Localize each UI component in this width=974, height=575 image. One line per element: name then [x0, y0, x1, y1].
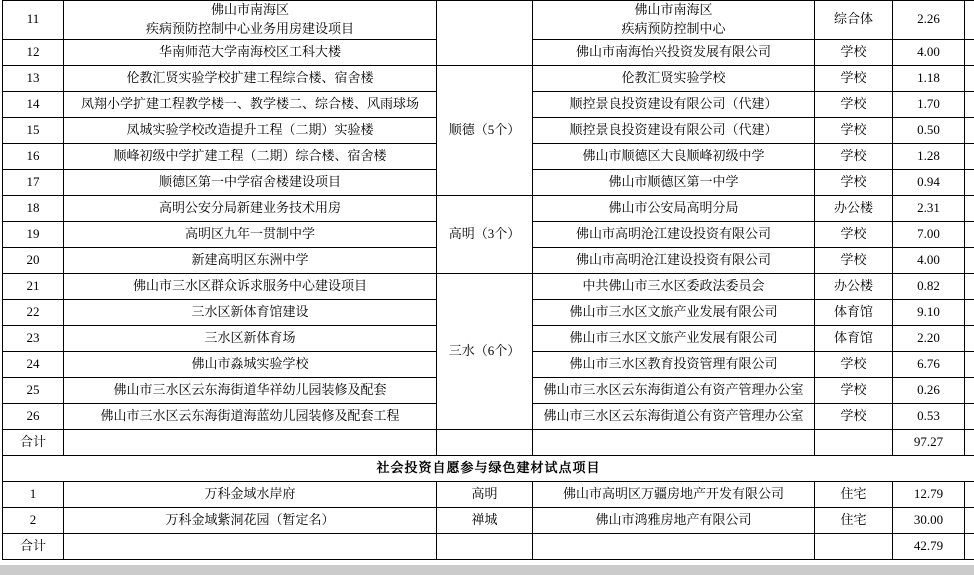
project-name-cell: 高明公安分局新建业务技术用房: [64, 195, 437, 221]
type-cell: 学校: [815, 117, 893, 143]
cutoff-strip-cell: [965, 533, 974, 559]
value-cell: 0.26: [893, 377, 965, 403]
cutoff-strip-cell: [965, 507, 974, 533]
district-cell-gaoming: 高明（3个）: [437, 195, 533, 273]
project-name-cell: 凤翔小学扩建工程教学楼一、教学楼二、综合楼、风雨球场: [64, 91, 437, 117]
section2-title-row: 社会投资自愿参与绿色建材试点项目: [3, 455, 974, 481]
row-number-cell: 13: [3, 65, 64, 91]
project-name-cell: 三水区新体育馆建设: [64, 299, 437, 325]
section-title: 社会投资自愿参与绿色建材试点项目: [3, 455, 974, 481]
company-cell: 佛山市三水区云东海街道公有资产管理办公室: [533, 403, 815, 429]
company-cell: 佛山市三水区文旅产业发展有限公司: [533, 299, 815, 325]
project-name-cell: 伦教汇贤实验学校扩建工程综合楼、宿舍楼: [64, 65, 437, 91]
row-number-cell: 14: [3, 91, 64, 117]
row-number-cell: 16: [3, 143, 64, 169]
project-name-cell: 佛山市南海区 疾病预防控制中心业务用房建设项目: [64, 1, 437, 40]
company-cell: 伦教汇贤实验学校: [533, 65, 815, 91]
cutoff-strip-cell: [965, 351, 974, 377]
value-cell: 2.20: [893, 325, 965, 351]
value-cell: 4.00: [893, 39, 965, 65]
project-name-cell: 佛山市三水区云东海街道华祥幼儿园装修及配套: [64, 377, 437, 403]
section2-total-row: 合计 42.79: [3, 533, 974, 559]
row-number-cell: 18: [3, 195, 64, 221]
value-cell: 6.76: [893, 351, 965, 377]
value-cell: 0.94: [893, 169, 965, 195]
row-number-cell: 19: [3, 221, 64, 247]
district-cell: 高明: [437, 481, 533, 507]
bottom-grey-strip: [0, 565, 974, 575]
empty-cell: [815, 429, 893, 455]
cutoff-strip-cell: [965, 143, 974, 169]
type-cell: 学校: [815, 247, 893, 273]
type-cell: 住宅: [815, 507, 893, 533]
cutoff-strip-cell: [965, 169, 974, 195]
project-name-cell: 华南师范大学南海校区工科大楼: [64, 39, 437, 65]
type-cell: 学校: [815, 143, 893, 169]
company-cell: 佛山市南海区 疾病预防控制中心: [533, 1, 815, 40]
company-cell: 佛山市高明区万疆房地产开发有限公司: [533, 481, 815, 507]
cutoff-strip-cell: [965, 377, 974, 403]
cutoff-strip-cell: [965, 325, 974, 351]
type-cell: 学校: [815, 351, 893, 377]
cutoff-strip-cell: [965, 273, 974, 299]
district-cell: 禅城: [437, 507, 533, 533]
cutoff-strip-cell: [965, 91, 974, 117]
project-name-cell: 佛山市三水区云东海街道海蓝幼儿园装修及配套工程: [64, 403, 437, 429]
value-cell: 0.50: [893, 117, 965, 143]
company-cell: 佛山市高明沧江建设投资有限公司: [533, 247, 815, 273]
value-cell: 1.18: [893, 65, 965, 91]
value-cell: 0.82: [893, 273, 965, 299]
company-cell: 中共佛山市三水区委政法委员会: [533, 273, 815, 299]
type-cell: 学校: [815, 91, 893, 117]
cutoff-strip-cell: [965, 481, 974, 507]
cutoff-strip-cell: [965, 39, 974, 65]
cutoff-strip-cell: [965, 65, 974, 91]
row-number-cell: 25: [3, 377, 64, 403]
company-cell: 顺控景良投资建设有限公司（代建）: [533, 91, 815, 117]
row-number-cell: 23: [3, 325, 64, 351]
type-cell: 体育馆: [815, 299, 893, 325]
company-cell: 佛山市南海怡兴投资发展有限公司: [533, 39, 815, 65]
empty-cell: [437, 429, 533, 455]
type-cell: 办公楼: [815, 195, 893, 221]
project-name-cell: 佛山市淼城实验学校: [64, 351, 437, 377]
row-number-cell: 12: [3, 39, 64, 65]
project-name-line1: 佛山市南海区: [66, 1, 434, 20]
empty-cell: [437, 533, 533, 559]
district-cell-sanshui: 三水（6个）: [437, 273, 533, 429]
projects-table: 11 佛山市南海区 疾病预防控制中心业务用房建设项目 佛山市南海区 疾病预防控制…: [2, 0, 974, 560]
project-name-cell: 高明区九年一贯制中学: [64, 221, 437, 247]
row-number-cell: 26: [3, 403, 64, 429]
table-row: 1 万科金域水岸府 高明 佛山市高明区万疆房地产开发有限公司 住宅 12.79: [3, 481, 974, 507]
cutoff-strip-cell: [965, 403, 974, 429]
empty-cell: [64, 429, 437, 455]
table-row: 13 伦教汇贤实验学校扩建工程综合楼、宿舍楼 顺德（5个） 伦教汇贤实验学校 学…: [3, 65, 974, 91]
value-cell: 30.00: [893, 507, 965, 533]
empty-cell: [533, 429, 815, 455]
row-number-cell: 20: [3, 247, 64, 273]
company-line2: 疾病预防控制中心: [535, 20, 812, 39]
table-row: 21 佛山市三水区群众诉求服务中心建设项目 三水（6个） 中共佛山市三水区委政法…: [3, 273, 974, 299]
company-cell: 佛山市高明沧江建设投资有限公司: [533, 221, 815, 247]
table-row: 11 佛山市南海区 疾病预防控制中心业务用房建设项目 佛山市南海区 疾病预防控制…: [3, 1, 974, 40]
type-cell: 学校: [815, 65, 893, 91]
total-value-cell: 97.27: [893, 429, 965, 455]
cutoff-strip-cell: [965, 221, 974, 247]
row-number-cell: 11: [3, 1, 64, 40]
project-name-cell: 新建高明区东洲中学: [64, 247, 437, 273]
type-cell: 学校: [815, 377, 893, 403]
type-cell: 学校: [815, 403, 893, 429]
type-cell: 住宅: [815, 481, 893, 507]
value-cell: 12.79: [893, 481, 965, 507]
project-name-cell: 顺峰初级中学扩建工程（二期）综合楼、宿舍楼: [64, 143, 437, 169]
type-cell: 学校: [815, 221, 893, 247]
district-cell-shunde: 顺德（5个）: [437, 65, 533, 195]
project-name-cell: 万科金域水岸府: [64, 481, 437, 507]
row-number-cell: 22: [3, 299, 64, 325]
table-row: 18 高明公安分局新建业务技术用房 高明（3个） 佛山市公安局高明分局 办公楼 …: [3, 195, 974, 221]
type-cell: 学校: [815, 169, 893, 195]
value-cell: 2.31: [893, 195, 965, 221]
type-cell: 综合体: [815, 1, 893, 40]
company-cell: 佛山市鸿雅房地产有限公司: [533, 507, 815, 533]
value-cell: 7.00: [893, 221, 965, 247]
cutoff-strip-cell: [965, 195, 974, 221]
project-name-line2: 疾病预防控制中心业务用房建设项目: [66, 20, 434, 39]
company-line1: 佛山市南海区: [535, 1, 812, 20]
value-cell: 4.00: [893, 247, 965, 273]
row-number-cell: 1: [3, 481, 64, 507]
cutoff-strip-cell: [965, 429, 974, 455]
value-cell: 9.10: [893, 299, 965, 325]
value-cell: 1.28: [893, 143, 965, 169]
empty-cell: [533, 533, 815, 559]
cutoff-strip-cell: [965, 299, 974, 325]
company-cell: 佛山市三水区云东海街道公有资产管理办公室: [533, 377, 815, 403]
total-label-cell: 合计: [3, 429, 64, 455]
row-number-cell: 21: [3, 273, 64, 299]
project-name-cell: 佛山市三水区群众诉求服务中心建设项目: [64, 273, 437, 299]
row-number-cell: 24: [3, 351, 64, 377]
project-name-cell: 顺德区第一中学宿舍楼建设项目: [64, 169, 437, 195]
empty-cell: [64, 533, 437, 559]
company-cell: 顺控景良投资建设有限公司（代建）: [533, 117, 815, 143]
table-row: 2 万科金域紫洞花园（暂定名） 禅城 佛山市鸿雅房地产有限公司 住宅 30.00: [3, 507, 974, 533]
value-cell: 2.26: [893, 1, 965, 40]
project-name-cell: 凤城实验学校改造提升工程（二期）实验楼: [64, 117, 437, 143]
section1-total-row: 合计 97.27: [3, 429, 974, 455]
company-cell: 佛山市顺德区大良顺峰初级中学: [533, 143, 815, 169]
value-cell: 1.70: [893, 91, 965, 117]
row-number-cell: 15: [3, 117, 64, 143]
cutoff-strip-cell: [965, 1, 974, 40]
total-label-cell: 合计: [3, 533, 64, 559]
type-cell: 办公楼: [815, 273, 893, 299]
green-building-projects-table-page: 11 佛山市南海区 疾病预防控制中心业务用房建设项目 佛山市南海区 疾病预防控制…: [0, 0, 974, 575]
value-cell: 0.53: [893, 403, 965, 429]
project-name-cell: 三水区新体育场: [64, 325, 437, 351]
type-cell: 学校: [815, 39, 893, 65]
empty-cell: [815, 533, 893, 559]
district-cell-nanhai: [437, 1, 533, 66]
total-value-cell: 42.79: [893, 533, 965, 559]
project-name-cell: 万科金域紫洞花园（暂定名）: [64, 507, 437, 533]
company-cell: 佛山市顺德区第一中学: [533, 169, 815, 195]
cutoff-strip-cell: [965, 247, 974, 273]
company-cell: 佛山市三水区教育投资管理有限公司: [533, 351, 815, 377]
row-number-cell: 2: [3, 507, 64, 533]
row-number-cell: 17: [3, 169, 64, 195]
type-cell: 体育馆: [815, 325, 893, 351]
company-cell: 佛山市三水区文旅产业发展有限公司: [533, 325, 815, 351]
cutoff-strip-cell: [965, 117, 974, 143]
company-cell: 佛山市公安局高明分局: [533, 195, 815, 221]
